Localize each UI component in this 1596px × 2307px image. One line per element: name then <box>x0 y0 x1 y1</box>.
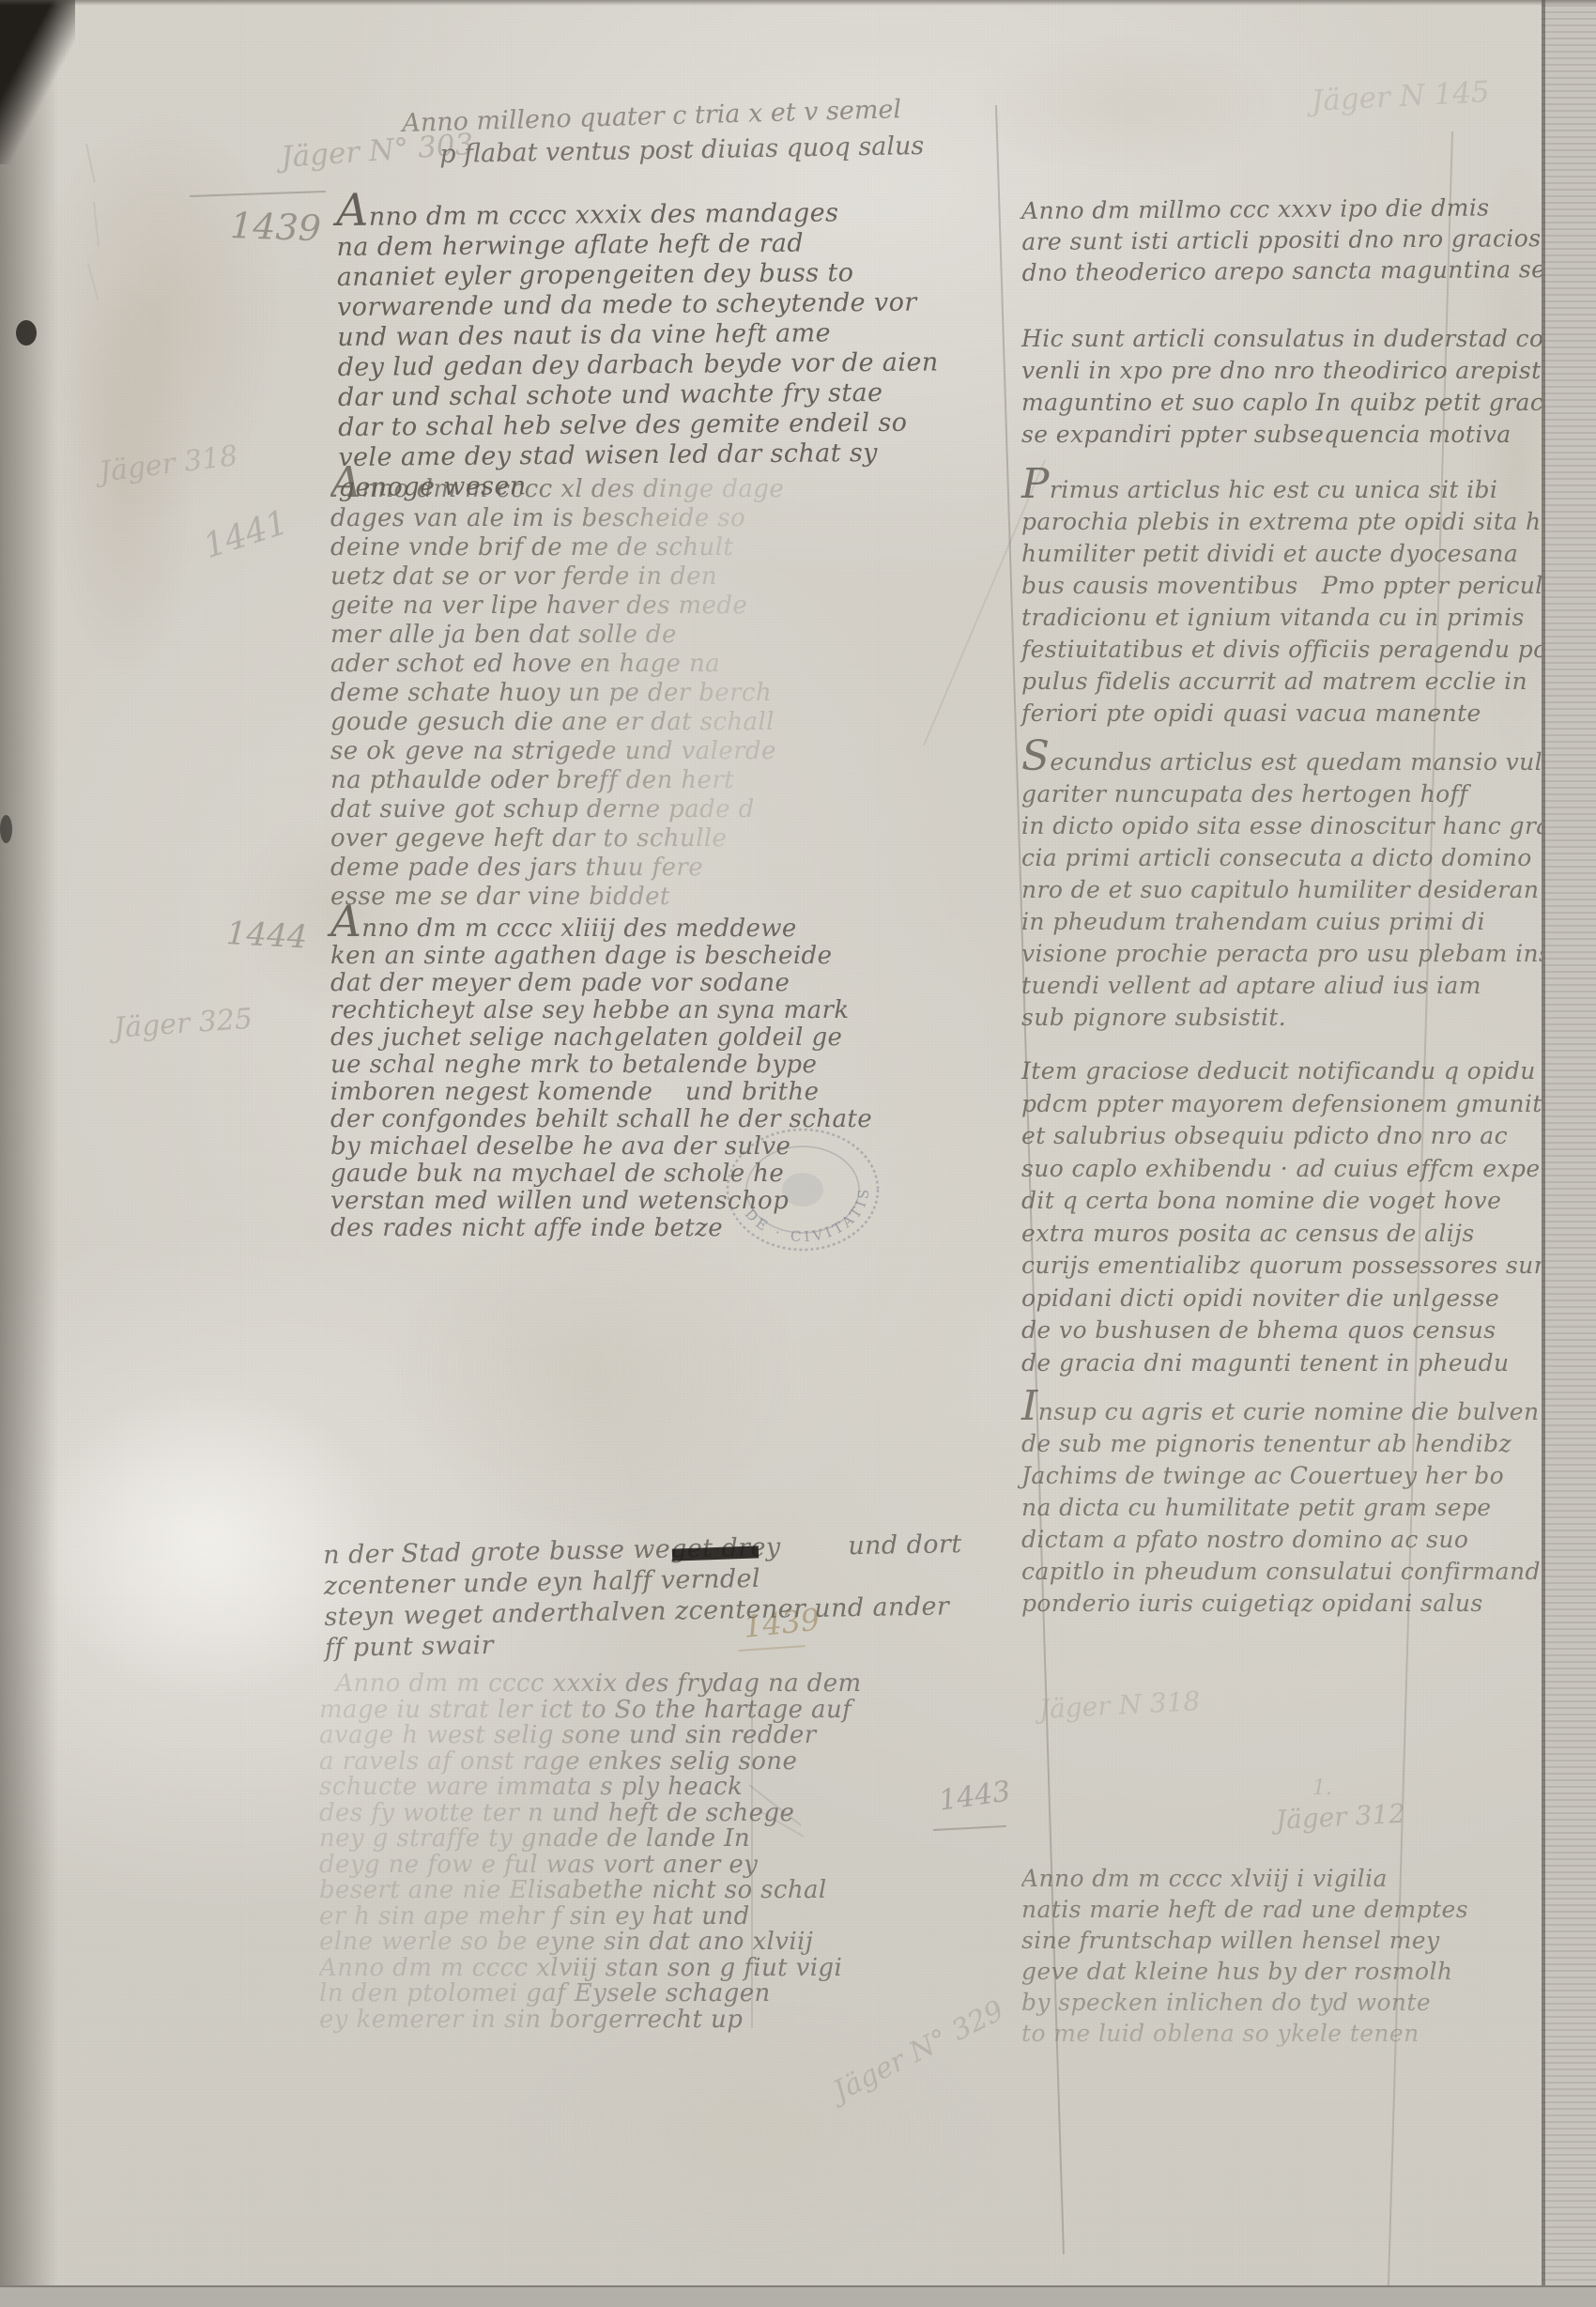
manuscript-line: ken an sinte agathen dage is bescheide <box>330 943 959 970</box>
manuscript-line: cia primi articli consecuta a dicto domi… <box>1021 842 1533 874</box>
pencil-scribble <box>87 264 99 300</box>
entry-1439-left: Anno dm m cccc xxxix des mandagesna dem … <box>336 188 959 503</box>
manuscript-line: ey kemerer in sin borgerrecht up <box>319 2007 972 2034</box>
entry-1439-bottom-left: Anno dm m cccc xxxix des frydag na demma… <box>319 1671 972 2033</box>
manuscript-line: dat suive got schup derne pade d <box>330 795 959 824</box>
manuscript-line: Hic sunt articli consulatus in duderstad… <box>1021 323 1533 355</box>
manuscript-line: sub pignore subsistit. <box>1021 1002 1533 1034</box>
manuscript-line: se expandiri ppter subsequencia motiva <box>1021 419 1533 451</box>
manuscript-line: de gracia dni magunti tenent in pheudu <box>1021 1347 1533 1380</box>
margin-reference-jager-318-bottom: Jäger N 318 <box>1038 1685 1201 1725</box>
manuscript-line: Anno dm m cccc xlviij stan son g fiut vi… <box>319 1956 972 1982</box>
manuscript-line: gariter nuncupata des hertogen hoff <box>1021 778 1533 810</box>
manuscript-line: ue schal neghe mrk to betalende bype <box>330 1052 959 1079</box>
manuscript-line: dit q certa bona nomine die voget hove <box>1021 1185 1533 1218</box>
margin-reference-superscript: 1. <box>1312 1776 1332 1800</box>
manuscript-line: opidani dicti opidi noviter die unlgesse <box>1021 1283 1533 1315</box>
manuscript-line: natis marie heft de rad une demptes <box>1021 1894 1533 1925</box>
manuscript-line: Anno dm millmo ccc xxxv ipo die dmis <box>1021 192 1533 226</box>
manuscript-line: festiuitatibus et divis officiis peragen… <box>1021 634 1533 666</box>
manuscript-line: capitlo in pheudum consulatui confirmand… <box>1021 1556 1533 1588</box>
margin-year-1439: 1439 <box>229 205 321 249</box>
entry-secundus-articulus: Secundus articlus est quedam mansio vulg… <box>1021 740 1533 1034</box>
manuscript-line: vorwarende und da mede to scheytende vor <box>337 287 957 323</box>
manuscript-line: feriori pte opidi quasi vacua manente <box>1021 698 1533 730</box>
manuscript-line: venli in xpo pre dno nro theodirico arep… <box>1021 355 1533 387</box>
manuscript-line: uetz dat se or vor ferde in den <box>330 562 959 592</box>
entry-insuper: Insup cu agris et curie nomine die bulve… <box>1021 1390 1533 1620</box>
margin-reference-jager-325: Jäger 325 <box>113 1003 253 1045</box>
manuscript-line: na pthaulde oder breff den hert <box>330 766 959 795</box>
entry-1448-right: Anno dm m cccc xlviij i vigilianatis mar… <box>1021 1863 1533 2049</box>
manuscript-line: Anno dm m cccc xxxix des frydag na dem <box>319 1671 972 1698</box>
manuscript-line: et salubrius obsequiu pdicto dno nro ac <box>1021 1120 1533 1153</box>
manuscript-line: rechticheyt alse sey hebbe an syna mark <box>330 997 959 1024</box>
pencil-line <box>190 191 326 197</box>
manuscript-line: Primus articlus hic est cu unica sit ibi <box>1021 468 1533 506</box>
manuscript-line: Insup cu agris et curie nomine die bulve… <box>1021 1390 1533 1428</box>
manuscript-line: suo caplo exhibendu · ad cuius effcm exp… <box>1021 1153 1533 1186</box>
manuscript-line: curijs ementialibz quorum possessores su… <box>1021 1250 1533 1283</box>
manuscript-line: deme pade des jars thuu fere <box>330 854 959 883</box>
margin-reference-jager-312: Jäger 312 <box>1275 1798 1406 1836</box>
manuscript-line: in dicto opido sita esse dinoscitur hanc… <box>1021 810 1533 842</box>
manuscript-line: pulus fidelis accurrit ad matrem ecclie … <box>1021 666 1533 698</box>
manuscript-line: besert ane nie Elisabethe nicht so schal <box>319 1878 972 1904</box>
manuscript-line: imboren negest komende und brithe <box>330 1079 959 1106</box>
manuscript-line: humiliter petit dividi et aucte dyocesan… <box>1021 538 1533 570</box>
bottom-edge-strip <box>0 2285 1596 2307</box>
manuscript-line: de vo bushusen de bhema quos census <box>1021 1315 1533 1347</box>
manuscript-line: elne werle so be eyne sin dat ano xlviij <box>319 1930 972 1956</box>
manuscript-line: dages van ale im is bescheide so <box>330 504 959 533</box>
manuscript-line: sine fruntschap willen hensel mey <box>1021 1925 1533 1956</box>
manuscript-line: tuendi vellent ad aptare aliud ius iam <box>1021 970 1533 1002</box>
manuscript-line: se ok geve na strigede und valerde <box>330 737 959 766</box>
margin-year-1441: 1441 <box>199 503 293 566</box>
header-latin-verse: Anno milleno quater c tria x et v semel <box>402 95 901 138</box>
manuscript-line: deme schate huoy un pe der berch <box>330 679 959 708</box>
manuscript-line: extra muros posita ac census de alijs <box>1021 1218 1533 1251</box>
binding-shadow <box>0 0 58 2307</box>
manuscript-line: dat der meyer dem pade vor sodane <box>330 970 959 997</box>
manuscript-line: schucte ware immata s ply heack <box>319 1775 972 1801</box>
manuscript-line: by specken inlichen do tyd wonte <box>1021 1987 1533 2018</box>
round-civitatis-stamp: DE · CIVITATIS <box>718 1110 887 1269</box>
manuscript-line: Anno dm m cccc xxxix des mandages <box>336 188 956 233</box>
manuscript-line: dictam a pfato nostro domino ac suo <box>1021 1524 1533 1556</box>
manuscript-line: ney g straffe ty gnade de lande In <box>319 1826 972 1853</box>
manuscript-line: ponderio iuris cuigetiqz opidani salus <box>1021 1588 1533 1620</box>
manuscript-line: goude gesuch die ane er dat schall <box>330 708 959 737</box>
manuscript-line: tradicionu et ignium vitanda cu in primi… <box>1021 602 1533 634</box>
entry-bell-weight-note: n der Stad grote busse weget drey und do… <box>323 1529 963 1664</box>
manuscript-line: des fy wotte ter n und heft de schege <box>319 1801 972 1827</box>
manuscript-line: Anno dm m cccc xliiij des meddewe <box>330 905 959 943</box>
book-page-edges <box>1542 0 1596 2307</box>
manuscript-line: na dicta cu humilitate petit gram sepe <box>1021 1492 1533 1524</box>
margin-reference-jager-318: Jäger 318 <box>98 439 239 489</box>
manuscript-line: Item graciose deducit notificandu q opid… <box>1021 1055 1533 1088</box>
ink-blot <box>0 815 12 843</box>
manuscript-line: geite na ver lipe haver des mede <box>330 592 959 621</box>
manuscript-line: maguntino et suo caplo In quibz petit gr… <box>1021 387 1533 419</box>
manuscript-line: ln den ptolomei gaf Eysele schagen <box>319 1981 972 2007</box>
manuscript-line: er h sin ape mehr f sin ey hat und <box>319 1904 972 1930</box>
manuscript-line: Anno dm m cccc xl des dinge dage <box>330 466 959 504</box>
manuscript-line: bus causis moventibus Pmo ppter pericula <box>1021 570 1533 602</box>
manuscript-line: ader schot ed hove en hage na <box>330 650 959 679</box>
manuscript-line: geve dat kleine hus by der rosmolh <box>1021 1956 1533 1987</box>
manuscript-line: over gegeve heft dar to schulle <box>330 824 959 854</box>
entry-item-graciose: Item graciose deducit notificandu q opid… <box>1021 1055 1533 1379</box>
manuscript-line: avage h west selig sone und sin redder <box>319 1723 972 1749</box>
entry-primus-articulus: Primus articlus hic est cu unica sit ibi… <box>1021 468 1533 730</box>
manuscript-line: Jachims de twinge ac Couertuey her bo <box>1021 1460 1533 1492</box>
manuscript-line: visione prochie peracta pro usu plebam i… <box>1021 938 1533 970</box>
manuscript-line: deine vnde brif de me de schult <box>330 533 959 562</box>
manuscript-line: mage iu strat ler ict to So the hartage … <box>319 1698 972 1724</box>
manuscript-paper: Anno milleno quater c tria x et v semel … <box>0 0 1596 2307</box>
pencil-scribble <box>85 144 96 182</box>
header-latin-line2: p flabat ventus post diuias quoq salus <box>439 131 924 169</box>
manuscript-line: in pheudum trahendam cuius primi di <box>1021 906 1533 938</box>
entry-latin-dating-clause: Anno dm millmo ccc xxxv ipo die dmisare … <box>1021 192 1534 288</box>
entry-articles-preamble: Hic sunt articli consulatus in duderstad… <box>1021 323 1533 451</box>
manuscript-line: a ravels af onst rage enkes selig sone <box>319 1749 972 1776</box>
entry-1441-left: Anno dm m cccc xl des dinge dagedages va… <box>330 466 959 912</box>
top-edge-shadow <box>0 0 1596 6</box>
stain <box>976 34 1277 175</box>
manuscript-line: Secundus articlus est quedam mansio vul <box>1021 740 1533 778</box>
manuscript-line: parochia plebis in extrema pte opidi sit… <box>1021 506 1533 538</box>
manuscript-line: nro de et suo capitulo humiliter desider… <box>1021 874 1533 906</box>
manuscript-line: to me luid oblena so ykele tenen <box>1021 2018 1533 2049</box>
manuscript-line: Anno dm m cccc xlviij i vigilia <box>1021 1863 1533 1894</box>
dark-corner <box>0 0 75 164</box>
margin-year-1444: 1444 <box>225 915 309 956</box>
ink-blot <box>16 320 37 346</box>
manuscript-line: de sub me pignoris tenentur ab hendibz <box>1021 1428 1533 1460</box>
manuscript-line: pdcm ppter mayorem defensionem gmunitati… <box>1021 1088 1533 1121</box>
manuscript-line: dno theoderico arepo sancta maguntina se… <box>1021 254 1533 288</box>
pencil-scribble <box>93 202 100 247</box>
manuscript-line: are sunt isti articli ppositi dno nro gr… <box>1021 223 1533 257</box>
scanned-manuscript-page: { "document": { "kind": "medieval archiv… <box>0 0 1596 2307</box>
manuscript-line: mer alle ja ben dat solle de <box>330 621 959 650</box>
archival-reference-jager-145: Jäger N 145 <box>1311 75 1491 118</box>
manuscript-line: des juchet selige nachgelaten goldeil ge <box>330 1024 959 1052</box>
manuscript-line: deyg ne fow e ful was vort aner ey <box>319 1853 972 1879</box>
